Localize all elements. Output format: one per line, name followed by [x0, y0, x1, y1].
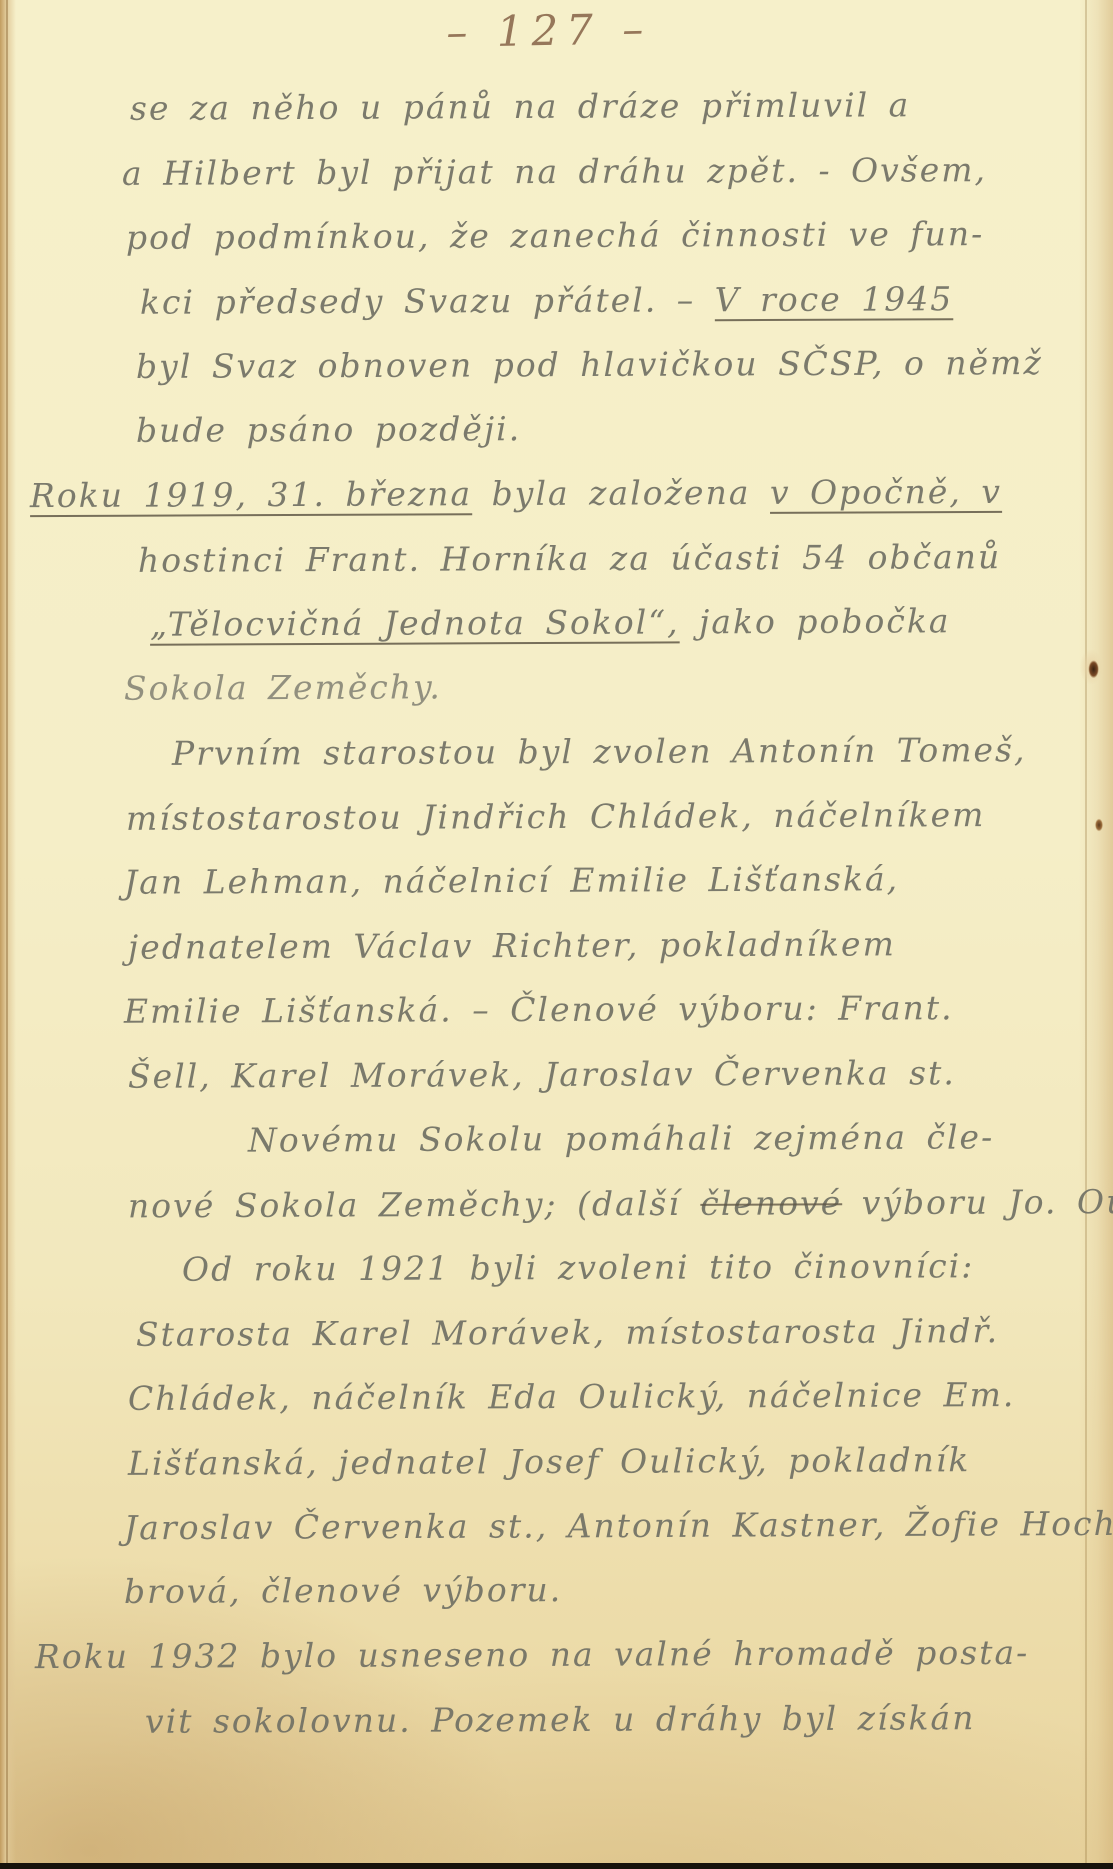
handwritten-line: brová, členové výboru.: [124, 1570, 562, 1611]
handwritten-line: hostinci Frant. Horníka za účasti 54 obč…: [138, 537, 1001, 580]
handwritten-line: vit sokolovnu. Pozemek u dráhy byl získá…: [145, 1698, 976, 1741]
line-text: Šell, Karel Morávek, Jaroslav Červenka s…: [128, 1053, 956, 1096]
line-text-underlined: V roce 1945: [715, 279, 954, 319]
line-text: Chládek, náčelník Eda Oulický, náčelnice…: [128, 1375, 1016, 1418]
line-text: Roku 1932 bylo usneseno na valné hromadě…: [35, 1633, 1029, 1676]
line-text: byla založena: [472, 473, 770, 513]
handwritten-line: Sokola Zeměchy.: [124, 667, 442, 707]
handwritten-line: Roku 1932 bylo usneseno na valné hromadě…: [35, 1633, 1029, 1676]
handwritten-line: Novému Sokolu pomáhali zejména čle-: [248, 1117, 994, 1159]
line-text: bude psáno později.: [136, 409, 521, 450]
handwritten-line: Prvním starostou byl zvolen Antonín Tome…: [172, 730, 1027, 773]
handwritten-line: a Hilbert byl přijat na dráhu zpět. - Ov…: [122, 150, 987, 193]
handwritten-line: nové Sokola Zeměchy; (další členové výbo…: [128, 1182, 1113, 1226]
handwritten-line: Starosta Karel Morávek, místostarosta Ji…: [136, 1311, 999, 1354]
line-text: Sokola Zeměchy.: [124, 667, 442, 707]
manuscript-page: – 127 – se za něho u pánů na dráze přiml…: [0, 0, 1113, 1869]
handwritten-line: Lišťanská, jednatel Josef Oulický, pokla…: [128, 1440, 971, 1483]
line-text: Od roku 1921 byli zvoleni tito činovníci…: [182, 1246, 975, 1288]
handwritten-line: se za něho u pánů na dráze přimluvil a: [130, 85, 910, 127]
line-text: Prvním starostou byl zvolen Antonín Tome…: [172, 730, 1027, 773]
line-text: místostarostou Jindřich Chládek, náčelní…: [126, 795, 986, 838]
line-text: Emilie Lišťanská. – Členové výboru: Fran…: [124, 988, 954, 1031]
line-text: hostinci Frant. Horníka za účasti 54 obč…: [138, 537, 1001, 580]
line-text: jako pobočka: [680, 601, 951, 641]
line-text: jednatelem Václav Richter, pokladníkem: [128, 924, 896, 966]
line-text: Jan Lehman, náčelnicí Emilie Lišťanská,: [124, 859, 899, 901]
line-text: byl Svaz obnoven pod hlavičkou SČSP, o n…: [136, 343, 1043, 386]
line-text: Novému Sokolu pomáhali zejména čle-: [248, 1117, 994, 1159]
paper-spot-mark: [1090, 812, 1108, 838]
line-text: výboru Jo. Oulický): [842, 1182, 1113, 1223]
line-text: Jaroslav Červenka st., Antonín Kastner, …: [124, 1504, 1113, 1548]
line-text: nové Sokola Zeměchy; (další: [128, 1184, 700, 1225]
line-text-underlined: v Opočně, v: [770, 472, 1002, 512]
handwritten-line: Od roku 1921 byli zvoleni tito činovníci…: [182, 1246, 975, 1288]
handwritten-line: byl Svaz obnoven pod hlavičkou SČSP, o n…: [136, 343, 1043, 386]
handwritten-line: bude psáno později.: [136, 409, 521, 450]
handwritten-line: Jaroslav Červenka st., Antonín Kastner, …: [124, 1504, 1113, 1548]
handwritten-line: „Tělocvičná Jednota Sokol“, jako pobočka: [150, 601, 951, 643]
line-text-underlined: „Tělocvičná Jednota Sokol“,: [150, 602, 680, 643]
line-text: se za něho u pánů na dráze přimluvil a: [130, 85, 910, 127]
line-text: pod podmínkou, že zanechá činnosti ve fu…: [126, 214, 984, 257]
handwritten-line: Chládek, náčelník Eda Oulický, náčelnice…: [128, 1375, 1016, 1418]
line-text-struck: členové: [700, 1183, 842, 1223]
line-text: Starosta Karel Morávek, místostarosta Ji…: [136, 1311, 999, 1354]
handwritten-line: Šell, Karel Morávek, Jaroslav Červenka s…: [128, 1053, 956, 1096]
line-text: vit sokolovnu. Pozemek u dráhy byl získá…: [145, 1698, 976, 1741]
handwritten-line: pod podmínkou, že zanechá činnosti ve fu…: [126, 214, 984, 257]
page-right-edge: [1079, 0, 1113, 1869]
paper-tear-mark: [1078, 645, 1104, 689]
line-text: kci předsedy Svazu přátel. –: [140, 280, 715, 322]
handwritten-line: místostarostou Jindřich Chládek, náčelní…: [126, 795, 986, 838]
line-text-underlined: Roku 1919, 31. března: [30, 474, 472, 515]
page-number: – 127 –: [445, 4, 651, 57]
line-text: Lišťanská, jednatel Josef Oulický, pokla…: [128, 1440, 971, 1483]
handwritten-line: Emilie Lišťanská. – Členové výboru: Fran…: [124, 988, 954, 1031]
page-left-binding-edge: [0, 0, 16, 1869]
handwritten-line: Jan Lehman, náčelnicí Emilie Lišťanská,: [124, 859, 899, 901]
handwritten-line: jednatelem Václav Richter, pokladníkem: [128, 924, 896, 966]
line-text: a Hilbert byl přijat na dráhu zpět. - Ov…: [122, 150, 987, 193]
handwritten-line: kci předsedy Svazu přátel. – V roce 1945: [140, 279, 953, 322]
line-text: brová, členové výboru.: [124, 1570, 562, 1611]
handwritten-line: Roku 1919, 31. března byla založena v Op…: [30, 472, 1002, 515]
scan-bottom-strip: [0, 1863, 1113, 1869]
